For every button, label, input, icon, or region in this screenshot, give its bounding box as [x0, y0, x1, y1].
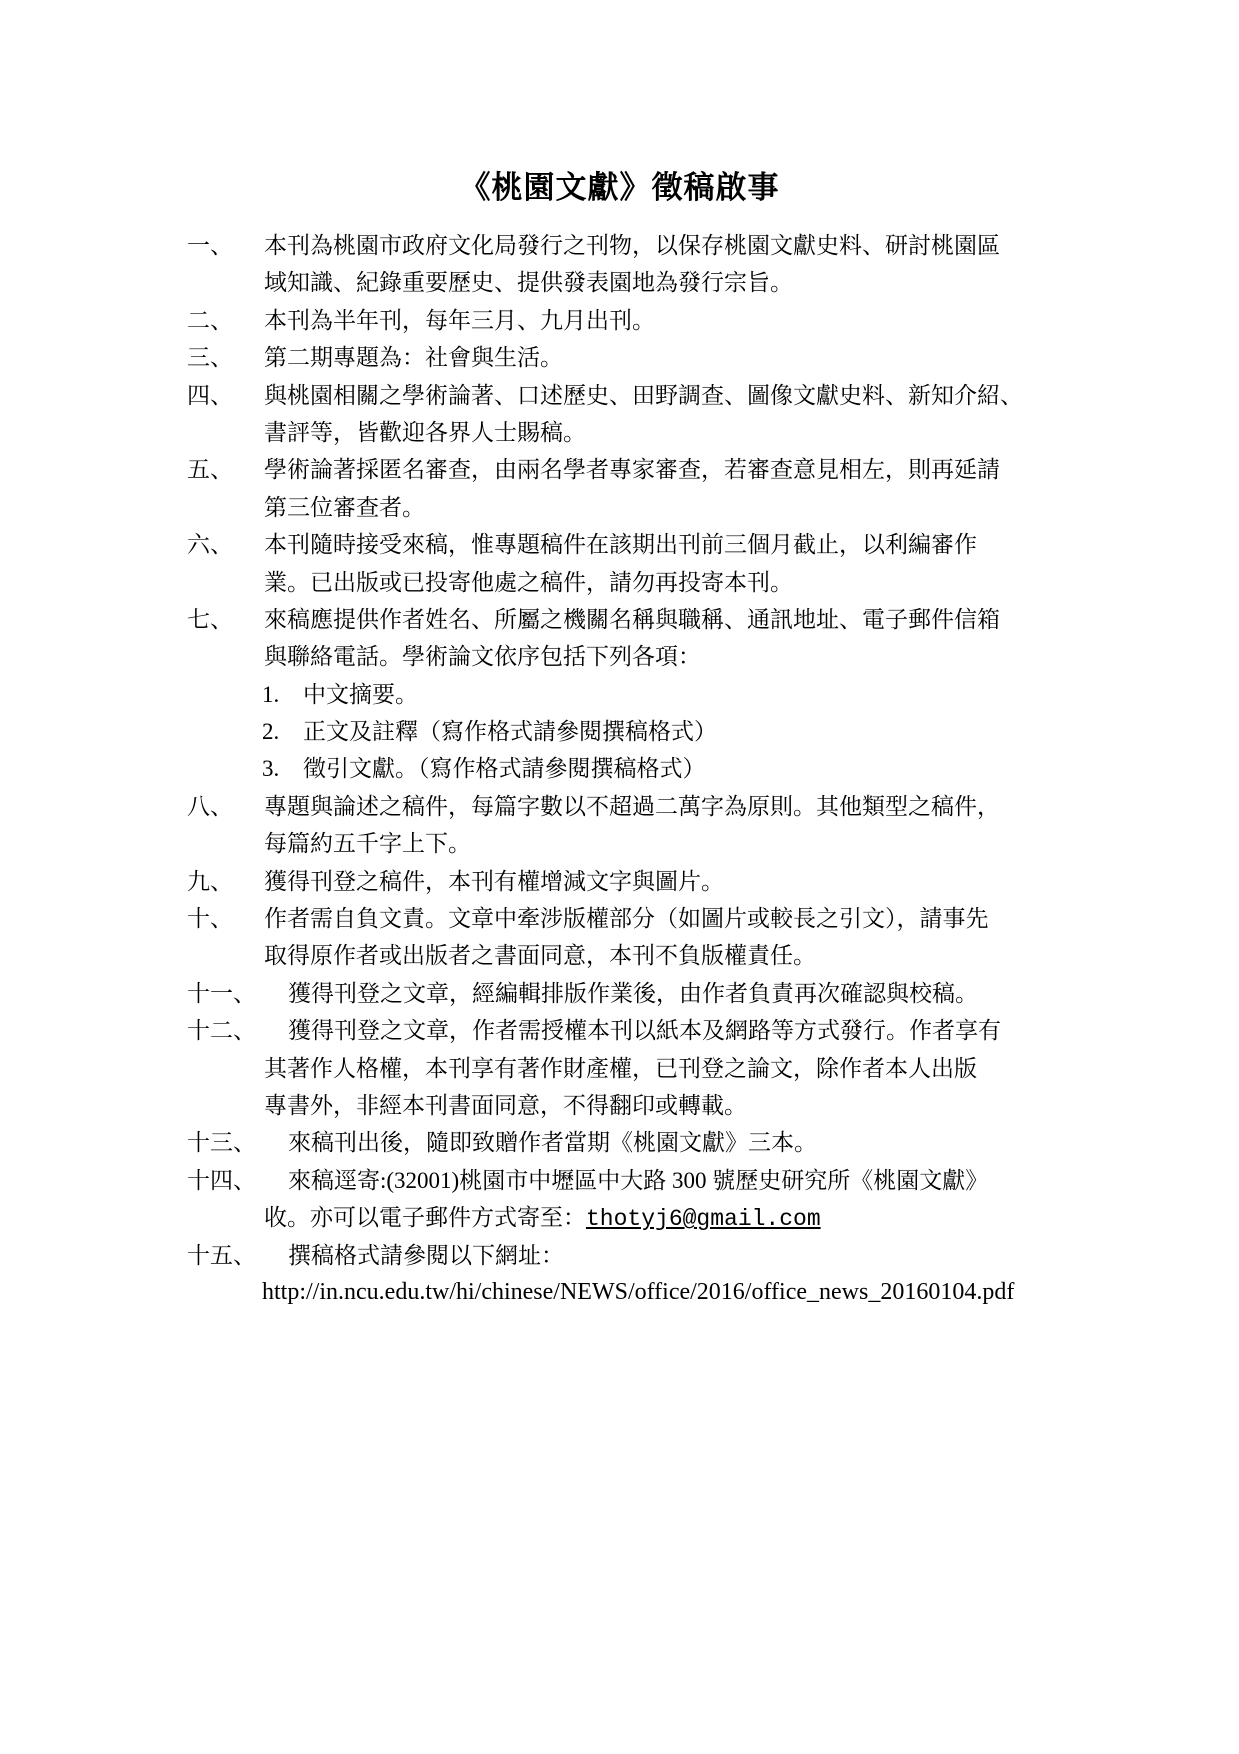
item-12-text: 獲得刊登之文章，作者需授權本刊以紙本及網路等方式發行。作者享有	[288, 1012, 1001, 1049]
item-8-text-wrap: 每篇約五千字上下。	[264, 825, 471, 862]
item-13-marker: 十三、	[187, 1124, 256, 1161]
item-12-line-2: 其著作人格權，本刊享有著作財產權，已刊登之論文，除作者本人出版	[187, 1050, 1067, 1087]
document-page: 《桃園文獻》徵稿啟事 一、 本刊為桃園市政府文化局發行之刊物，以保存桃園文獻史料…	[0, 0, 1239, 1754]
item-10-line-2: 取得原作者或出版者之書面同意，本刊不負版權責任。	[187, 937, 1067, 974]
item-15-line-1: 十五、 撰稿格式請參閱以下網址：	[187, 1237, 1067, 1274]
item-13-text: 來稿刊出後，隨即致贈作者當期《桃園文獻》三本。	[288, 1124, 817, 1161]
item-5-line-1: 五、 學術論著採匿名審查，由兩名學者專家審查，若審查意見相左，則再延請	[187, 451, 1067, 488]
item-14-line-2: 收。亦可以電子郵件方式寄至：thotyj6@gmail.com	[187, 1199, 1067, 1236]
item-8-marker: 八、	[187, 788, 233, 825]
item-11-text: 獲得刊登之文章，經編輯排版作業後，由作者負責再次確認與校稿。	[288, 975, 978, 1012]
item-10-text: 作者需自負文責。文章中牽涉版權部分（如圖片或較長之引文），請事先	[264, 900, 989, 937]
item-7-line-2: 與聯絡電話。學術論文依序包括下列各項：	[187, 638, 1067, 675]
item-6-text: 本刊隨時接受來稿，惟專題稿件在該期出刊前三個月截止，以利編審作	[264, 526, 977, 563]
item-7-marker: 七、	[187, 601, 233, 638]
item-7-line-1: 七、 來稿應提供作者姓名、所屬之機關名稱與職稱、通訊地址、電子郵件信箱	[187, 601, 1067, 638]
item-1-line-2: 域知識、紀錄重要歷史、提供發表園地為發行宗旨。	[187, 264, 1067, 301]
sub-item-2-text: 正文及註釋（寫作格式請參閱撰稿格式）	[303, 713, 717, 750]
item-9-marker: 九、	[187, 863, 233, 900]
item-15-text: 撰稿格式請參閱以下網址：	[288, 1237, 564, 1274]
item-5-line-2: 第三位審查者。	[187, 489, 1067, 526]
item-2-line-1: 二、 本刊為半年刊，每年三月、九月出刊。	[187, 302, 1067, 339]
item-8-text: 專題與論述之稿件，每篇字數以不超過二萬字為原則。其他類型之稿件，	[264, 788, 1000, 825]
item-5-text: 學術論著採匿名審查，由兩名學者專家審查，若審查意見相左，則再延請	[264, 451, 1000, 488]
sub-item-1-text: 中文摘要。	[303, 676, 418, 713]
item-11-marker: 十一、	[187, 975, 256, 1012]
item-14-line-1: 十四、 來稿逕寄:(32001)桃園市中壢區中大路 300 號歷史研究所《桃園文…	[187, 1162, 1067, 1199]
item-12-marker: 十二、	[187, 1012, 256, 1049]
item-5-marker: 五、	[187, 451, 233, 488]
item-8-line-2: 每篇約五千字上下。	[187, 825, 1067, 862]
item-4-text: 與桃園相關之學術論著、口述歷史、田野調查、圖像文獻史料、新知介紹、	[264, 377, 1023, 414]
item-12-line-3: 專書外，非經本刊書面同意，不得翻印或轉載。	[187, 1087, 1067, 1124]
item-15-line-2: http://in.ncu.edu.tw/hi/chinese/NEWS/off…	[187, 1274, 1067, 1311]
sub-item-1: 1. 中文摘要。	[187, 676, 1067, 713]
submission-format-url: http://in.ncu.edu.tw/hi/chinese/NEWS/off…	[262, 1274, 1014, 1311]
item-10-line-1: 十、 作者需自負文責。文章中牽涉版權部分（如圖片或較長之引文），請事先	[187, 900, 1067, 937]
item-8-line-1: 八、 專題與論述之稿件，每篇字數以不超過二萬字為原則。其他類型之稿件，	[187, 788, 1067, 825]
notice-list: 一、 本刊為桃園市政府文化局發行之刊物，以保存桃園文獻史料、研討桃園區 域知識、…	[187, 227, 1067, 1311]
item-3-line-1: 三、 第二期專題為：社會與生活。	[187, 339, 1067, 376]
item-14-text-wrap: 收。亦可以電子郵件方式寄至：thotyj6@gmail.com	[264, 1199, 821, 1238]
item-2-marker: 二、	[187, 302, 233, 339]
sub-item-2: 2. 正文及註釋（寫作格式請參閱撰稿格式）	[187, 713, 1067, 750]
item-4-marker: 四、	[187, 377, 233, 414]
item-12-line-1: 十二、 獲得刊登之文章，作者需授權本刊以紙本及網路等方式發行。作者享有	[187, 1012, 1067, 1049]
item-10-marker: 十、	[187, 900, 233, 937]
sub-item-2-number: 2.	[262, 713, 279, 750]
item-15-marker: 十五、	[187, 1237, 256, 1274]
item-1-text-wrap: 域知識、紀錄重要歷史、提供發表園地為發行宗旨。	[264, 264, 793, 301]
email-link[interactable]: thotyj6@gmail.com	[586, 1206, 821, 1232]
item-9-text: 獲得刊登之稿件，本刊有權增減文字與圖片。	[264, 863, 724, 900]
item-4-line-2: 書評等，皆歡迎各界人士賜稿。	[187, 414, 1067, 451]
sub-item-3: 3. 徵引文獻。（寫作格式請參閱撰稿格式）	[187, 750, 1067, 787]
item-7-text: 來稿應提供作者姓名、所屬之機關名稱與職稱、通訊地址、電子郵件信箱	[264, 601, 1000, 638]
item-9-line-1: 九、 獲得刊登之稿件，本刊有權增減文字與圖片。	[187, 863, 1067, 900]
item-6-text-wrap: 業。已出版或已投寄他處之稿件，請勿再投寄本刊。	[264, 564, 793, 601]
item-12-text-wrap-1: 其著作人格權，本刊享有著作財產權，已刊登之論文，除作者本人出版	[264, 1050, 977, 1087]
item-12-text-wrap-2: 專書外，非經本刊書面同意，不得翻印或轉載。	[264, 1087, 747, 1124]
item-4-text-wrap: 書評等，皆歡迎各界人士賜稿。	[264, 414, 586, 451]
item-14-marker: 十四、	[187, 1162, 256, 1199]
item-6-line-1: 六、 本刊隨時接受來稿，惟專題稿件在該期出刊前三個月截止，以利編審作	[187, 526, 1067, 563]
item-10-text-wrap: 取得原作者或出版者之書面同意，本刊不負版權責任。	[264, 937, 816, 974]
item-4-line-1: 四、 與桃園相關之學術論著、口述歷史、田野調查、圖像文獻史料、新知介紹、	[187, 377, 1067, 414]
item-5-text-wrap: 第三位審查者。	[264, 489, 425, 526]
item-1-text: 本刊為桃園市政府文化局發行之刊物，以保存桃園文獻史料、研討桃園區	[264, 227, 1000, 264]
item-3-text: 第二期專題為：社會與生活。	[264, 339, 563, 376]
sub-item-3-number: 3.	[262, 750, 279, 787]
document-title: 《桃園文獻》徵稿啟事	[0, 166, 1239, 210]
item-6-line-2: 業。已出版或已投寄他處之稿件，請勿再投寄本刊。	[187, 564, 1067, 601]
item-14-text: 來稿逕寄:(32001)桃園市中壢區中大路 300 號歷史研究所《桃園文獻》	[288, 1162, 988, 1199]
item-14-email-prefix: 收。亦可以電子郵件方式寄至：	[264, 1205, 586, 1230]
item-2-text: 本刊為半年刊，每年三月、九月出刊。	[264, 302, 655, 339]
item-6-marker: 六、	[187, 526, 233, 563]
sub-item-3-text: 徵引文獻。（寫作格式請參閱撰稿格式）	[303, 750, 706, 787]
item-11-line-1: 十一、 獲得刊登之文章，經編輯排版作業後，由作者負責再次確認與校稿。	[187, 975, 1067, 1012]
sub-item-1-number: 1.	[262, 676, 279, 713]
item-1-line-1: 一、 本刊為桃園市政府文化局發行之刊物，以保存桃園文獻史料、研討桃園區	[187, 227, 1067, 264]
item-13-line-1: 十三、 來稿刊出後，隨即致贈作者當期《桃園文獻》三本。	[187, 1124, 1067, 1161]
item-7-text-wrap: 與聯絡電話。學術論文依序包括下列各項：	[264, 638, 701, 675]
item-1-marker: 一、	[187, 227, 233, 264]
item-3-marker: 三、	[187, 339, 233, 376]
